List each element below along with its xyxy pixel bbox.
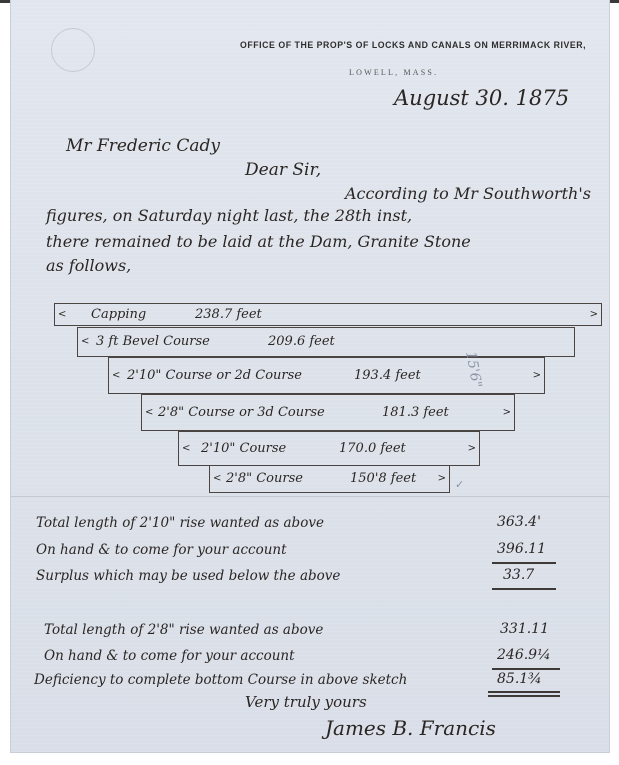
arrow-left-icon: < <box>213 473 221 484</box>
course-length: 193.4 feet <box>354 367 421 382</box>
arrow-left-icon: < <box>81 336 89 347</box>
underline <box>492 562 556 564</box>
course-label: 2'10" Course or 2d Course <box>127 367 302 382</box>
arrow-left-icon: < <box>145 406 153 417</box>
summary-row-value: 85.1¾ <box>497 671 542 687</box>
course-3ft-bevel: < 3 ft Bevel Course 209.6 feet <box>77 327 575 357</box>
letterhead-office: OFFICE OF THE PROP'S OF LOCKS AND CANALS… <box>240 40 580 51</box>
recipient-name: Mr Frederic Cady <box>66 136 220 156</box>
salutation: Dear Sir, <box>245 160 321 180</box>
signature: James B. Francis <box>325 716 496 740</box>
arrow-right-icon: > <box>533 369 541 380</box>
body-line: there remained to be laid at the Dam, Gr… <box>46 232 471 251</box>
arrow-right-icon: > <box>590 308 598 319</box>
course-2ft8-bottom: < 2'8" Course 150'8 feet > <box>209 466 450 493</box>
course-length: 238.7 feet <box>195 306 262 321</box>
double-underline <box>488 695 560 697</box>
letterhead-city: LOWELL, MASS. <box>349 68 438 77</box>
arrow-right-icon: > <box>438 473 446 484</box>
summary-row-value: 396.11 <box>497 541 546 557</box>
summary-row-value: 246.9¼ <box>497 647 551 663</box>
underline <box>492 588 556 590</box>
course-label: 3 ft Bevel Course <box>96 334 210 349</box>
course-length: 209.6 feet <box>268 334 335 349</box>
course-label: 2'8" Course or 3d Course <box>158 404 325 419</box>
pencil-check-icon: ✓ <box>455 478 464 491</box>
course-capping: < Capping 238.7 feet > <box>54 303 602 326</box>
summary-row-label: On hand & to come for your account <box>44 648 295 664</box>
course-2ft10: < 2'10" Course 170.0 feet > <box>178 431 480 466</box>
course-length: 181.3 feet <box>382 404 449 419</box>
double-underline <box>488 691 560 693</box>
body-line: figures, on Saturday night last, the 28t… <box>46 206 412 225</box>
summary-row-value: 33.7 <box>503 567 534 583</box>
letter-date: August 30. 1875 <box>394 86 569 110</box>
arrow-right-icon: > <box>503 406 511 417</box>
paper-fold-line <box>11 496 609 497</box>
summary-row-value: 331.11 <box>500 621 549 637</box>
course-2ft8-third: < 2'8" Course or 3d Course 181.3 feet > <box>141 394 515 431</box>
course-length: 150'8 feet <box>350 471 416 486</box>
embossed-seal <box>51 28 95 72</box>
summary-row-value: 363.4' <box>497 514 541 530</box>
summary-row-label: Surplus which may be used below the abov… <box>36 568 340 584</box>
arrow-right-icon: > <box>468 442 476 453</box>
arrow-left-icon: < <box>58 308 66 319</box>
course-length: 170.0 feet <box>339 440 406 455</box>
summary-row-label: Total length of 2'8" rise wanted as abov… <box>44 622 323 638</box>
summary-row-label: Total length of 2'10" rise wanted as abo… <box>36 515 324 531</box>
course-label: 2'10" Course <box>201 440 286 455</box>
summary-row-label: Deficiency to complete bottom Course in … <box>34 672 407 688</box>
course-label: Capping <box>91 306 146 321</box>
arrow-left-icon: < <box>112 369 120 380</box>
body-line: According to Mr Southworth's <box>345 184 591 203</box>
summary-row-label: On hand & to come for your account <box>36 542 287 558</box>
body-line: as follows, <box>46 256 131 275</box>
arrow-left-icon: < <box>182 442 190 453</box>
closing: Very truly yours <box>245 693 367 711</box>
underline <box>492 668 560 670</box>
course-label: 2'8" Course <box>226 471 303 486</box>
